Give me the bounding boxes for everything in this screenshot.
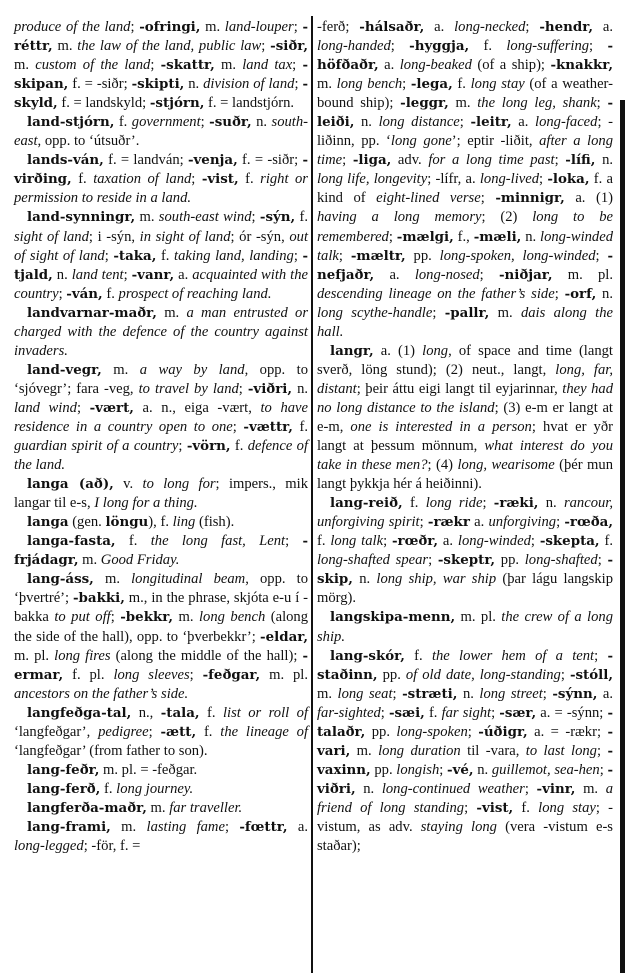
gloss: land tent — [72, 267, 124, 283]
gloss: to long for — [143, 476, 216, 492]
headword: -vættr, — [243, 419, 293, 435]
gloss: long-spoken — [396, 724, 467, 740]
gloss: the law of the land, public law — [77, 38, 261, 54]
left-column: produce of the land; -ofringi, m. land-l… — [14, 18, 308, 856]
headword: -niðjar, — [499, 267, 553, 283]
headword: -ván, — [66, 286, 102, 302]
headword: -rækr — [428, 514, 470, 530]
dictionary-entry: lang-feðr, m. pl. = -feðgar. — [14, 761, 308, 780]
gloss: long-nosed — [415, 267, 480, 283]
gloss: long life, longevity — [317, 171, 427, 187]
gloss: they had no long distance to the island — [317, 381, 613, 416]
gloss: ancestors on the father’s side. — [14, 686, 188, 702]
dictionary-entry: lang-reið, f. long ride; -ræki, n. ranco… — [317, 494, 613, 608]
headword: -ætt, — [160, 724, 196, 740]
headword: -vist, — [202, 171, 239, 187]
headword: -leitr, — [470, 114, 511, 130]
dictionary-entry: langfeðga-tal, n., -tala, f. list or rol… — [14, 704, 308, 761]
headword: -skattr, — [161, 57, 215, 73]
headword: -bakki, — [73, 590, 125, 606]
headword: -stjórn, — [150, 95, 205, 111]
headword: -vinr, — [537, 781, 576, 797]
headword: -mæltr, — [351, 248, 406, 264]
headword: -vörn, — [187, 438, 231, 454]
dictionary-entry: langa-fasta, f. the long fast, Lent; -fr… — [14, 532, 308, 570]
headword: langa (að), — [27, 476, 114, 492]
gloss: long bench — [199, 609, 265, 625]
gloss: having a long memory — [317, 209, 482, 225]
gloss: long ship, war ship — [376, 571, 496, 587]
headword: -fœttr, — [239, 819, 287, 835]
headword: -eldar, — [260, 629, 308, 645]
headword: langfeðga-tal, — [27, 705, 131, 721]
headword: landvarnar-maðr, — [27, 305, 157, 321]
gloss: a way by land — [140, 362, 245, 378]
gloss: taxation of land — [93, 171, 191, 187]
gloss: lasting fame — [147, 819, 225, 835]
headword: lands-ván, — [27, 152, 104, 168]
gloss: prospect of reaching land. — [119, 286, 272, 302]
headword: -hyggja, — [409, 38, 469, 54]
headword: lang-áss, — [27, 571, 94, 587]
headword: land-vegr, — [27, 362, 102, 378]
gloss: guardian spirit of a country — [14, 438, 178, 454]
gloss: longitudinal beam — [131, 571, 245, 587]
gloss: long duration — [378, 743, 461, 759]
gloss: taking land, landing — [174, 248, 294, 264]
headword: -mælgi, — [397, 229, 454, 245]
gloss: long journey. — [116, 781, 193, 797]
gloss: the lower hem of a tent — [432, 648, 594, 664]
gloss: in sight of land — [140, 229, 231, 245]
gloss: long-spoken, long-winded — [440, 248, 596, 264]
headword: -suðr, — [209, 114, 252, 130]
headword: -lega, — [411, 76, 453, 92]
gloss: land-louper — [225, 19, 294, 35]
gloss: long-shafted — [525, 552, 598, 568]
dictionary-entry: lands-ván, f. = landván; -venja, f. = -s… — [14, 151, 308, 208]
headword: -feðgar, — [203, 667, 261, 683]
gloss: far-sighted — [317, 705, 381, 721]
gloss: division of land — [203, 76, 294, 92]
headword: -tala, — [161, 705, 200, 721]
headword: -skepta, — [540, 533, 600, 549]
headword: lang-reið, — [330, 495, 403, 511]
headword: -orf, — [565, 286, 597, 302]
gloss: government — [132, 114, 201, 130]
headword: langferða-maðr, — [27, 800, 147, 816]
headword: land-synningr, — [27, 209, 135, 225]
gloss: to travel by land — [139, 381, 239, 397]
gloss: long street — [479, 686, 542, 702]
gloss: long distance — [379, 114, 460, 130]
headword: löngu — [105, 514, 148, 530]
gloss: custom of the land — [35, 57, 150, 73]
headword: -hálsaðr, — [359, 19, 424, 35]
dictionary-entry: lang-skór, f. the lower hem of a tent; -… — [317, 647, 613, 857]
dictionary-entry: land-vegr, m. a way by land, opp. to ‘sj… — [14, 361, 308, 475]
gloss: long fires — [54, 648, 110, 664]
headword: lang-skór, — [330, 648, 405, 664]
gloss: guillemot, sea-hen — [492, 762, 600, 778]
headword: lang-feðr, — [27, 762, 99, 778]
gloss: for a long time past — [428, 152, 554, 168]
dictionary-entry: langferða-maðr, m. far traveller. — [14, 799, 308, 818]
gloss: unforgiving — [489, 514, 557, 530]
headword: -taka, — [113, 248, 156, 264]
gloss: far traveller. — [169, 800, 242, 816]
gloss: the long fast, Lent — [151, 533, 285, 549]
dictionary-entry: -ferð; -hálsaðr, a. long-necked; -hendr,… — [317, 18, 613, 342]
dictionary-entry: langa (gen. löngu), f. ling (fish). — [14, 513, 308, 532]
gloss: long-faced — [535, 114, 597, 130]
dictionary-entry: lang-frami, m. lasting fame; -fœttr, a. … — [14, 818, 308, 856]
headword: -siðr, — [270, 38, 308, 54]
gloss: list or roll of — [223, 705, 308, 721]
gloss: eight-lined verse — [376, 190, 481, 206]
headword: -sýn, — [260, 209, 295, 225]
headword: -leggr, — [400, 95, 449, 111]
dictionary-entry: lang-ferð, f. long journey. — [14, 780, 308, 799]
headword: langa-fasta, — [27, 533, 116, 549]
headword: -vé, — [447, 762, 474, 778]
gloss: long-beaked — [400, 57, 472, 73]
gloss: sight of land — [14, 229, 89, 245]
headword: -stræti, — [402, 686, 457, 702]
headword: -skipti, — [132, 76, 185, 92]
gloss: to put off — [54, 609, 110, 625]
gloss: long, wearisome — [457, 457, 554, 473]
headword: -knakkr, — [550, 57, 613, 73]
headword: -mæli, — [474, 229, 522, 245]
gloss: long-continued weather — [382, 781, 525, 797]
gloss: long-lived — [480, 171, 539, 187]
column-divider — [311, 16, 313, 973]
headword: -ræki, — [494, 495, 539, 511]
gloss: long-winded — [458, 533, 531, 549]
gloss: south-east wind — [159, 209, 252, 225]
headword: -vanr, — [132, 267, 175, 283]
headword: -rœða, — [564, 514, 613, 530]
headword: -rœðr, — [392, 533, 438, 549]
dictionary-entry: produce of the land; -ofringi, m. land-l… — [14, 18, 308, 113]
headword: -vist, — [476, 800, 513, 816]
gloss: long talk — [330, 533, 383, 549]
dictionary-entry: landvarnar-maðr, m. a man entrusted or c… — [14, 304, 308, 361]
gloss: ling — [173, 514, 196, 530]
headword: -sæi, — [389, 705, 425, 721]
gloss: longish — [396, 762, 439, 778]
gloss: long stay — [471, 76, 525, 92]
gloss: the lineage of — [220, 724, 308, 740]
gloss: Good Friday. — [101, 552, 180, 568]
dictionary-entry: land-synningr, m. south-east wind; -sýn,… — [14, 208, 308, 303]
gloss: long-handed — [317, 38, 391, 54]
headword: lang-ferð, — [27, 781, 100, 797]
gloss: long-suffering — [506, 38, 589, 54]
headword: -skeptr, — [438, 552, 495, 568]
headword: -sýnn, — [552, 686, 597, 702]
gloss: one is interested in a person — [350, 419, 531, 435]
gloss: long gone — [391, 133, 452, 149]
headword: -loka, — [547, 171, 589, 187]
dictionary-entry: langr, a. (1) long, of space and time (l… — [317, 342, 613, 494]
dictionary-entry: land-stjórn, f. government; -suðr, n. so… — [14, 113, 308, 151]
gloss: long seat — [338, 686, 393, 702]
right-column: -ferð; -hálsaðr, a. long-necked; -hendr,… — [317, 18, 613, 856]
gloss: produce of the land — [14, 19, 130, 35]
gloss: long stay — [538, 800, 596, 816]
headword: -venja, — [188, 152, 238, 168]
page-edge-shadow — [620, 100, 625, 973]
headword: -liga, — [353, 152, 391, 168]
gloss: I long for a thing. — [94, 495, 197, 511]
gloss: far sight — [442, 705, 492, 721]
dictionary-entry: langskipa-menn, m. pl. the crew of a lon… — [317, 608, 613, 646]
gloss: land tax — [242, 57, 292, 73]
headword: langr, — [330, 343, 374, 359]
gloss: long-shafted spear — [317, 552, 428, 568]
headword: langa — [27, 514, 69, 530]
gloss: long scythe-handle — [317, 305, 432, 321]
headword: -pallr, — [445, 305, 490, 321]
gloss: long-legged — [14, 838, 84, 854]
headword: langskipa-menn, — [330, 609, 455, 625]
headword: -lífi, — [565, 152, 595, 168]
gloss: long-necked — [454, 19, 525, 35]
gloss: long bench — [337, 76, 402, 92]
headword: land-stjórn, — [27, 114, 114, 130]
gloss: to last long — [526, 743, 597, 759]
headword: -viðri, — [248, 381, 292, 397]
gloss: long ride — [426, 495, 483, 511]
headword: -sær, — [499, 705, 536, 721]
headword: -úðigr, — [478, 724, 527, 740]
gloss: long sleeves — [113, 667, 189, 683]
dictionary-entry: langa (að), v. to long for; impers., mik… — [14, 475, 308, 513]
gloss: descending lineage on the father’s side — [317, 286, 555, 302]
headword: -vært, — [90, 400, 134, 416]
dictionary-page: produce of the land; -ofringi, m. land-l… — [0, 0, 625, 973]
headword: -stóll, — [570, 667, 613, 683]
gloss: the long leg, shank — [477, 95, 596, 111]
headword: -minnigr, — [495, 190, 564, 206]
gloss: staying long — [421, 819, 497, 835]
headword: lang-frami, — [27, 819, 111, 835]
headword: -bekkr, — [120, 609, 173, 625]
gloss: long — [422, 343, 448, 359]
dictionary-entry: lang-áss, m. longitudinal beam, opp. to … — [14, 570, 308, 703]
gloss: land wind — [14, 400, 77, 416]
headword: -ofringi, — [139, 19, 200, 35]
gloss: of old date, long-standing — [406, 667, 561, 683]
gloss: pedigree — [98, 724, 149, 740]
headword: -hendr, — [539, 19, 593, 35]
